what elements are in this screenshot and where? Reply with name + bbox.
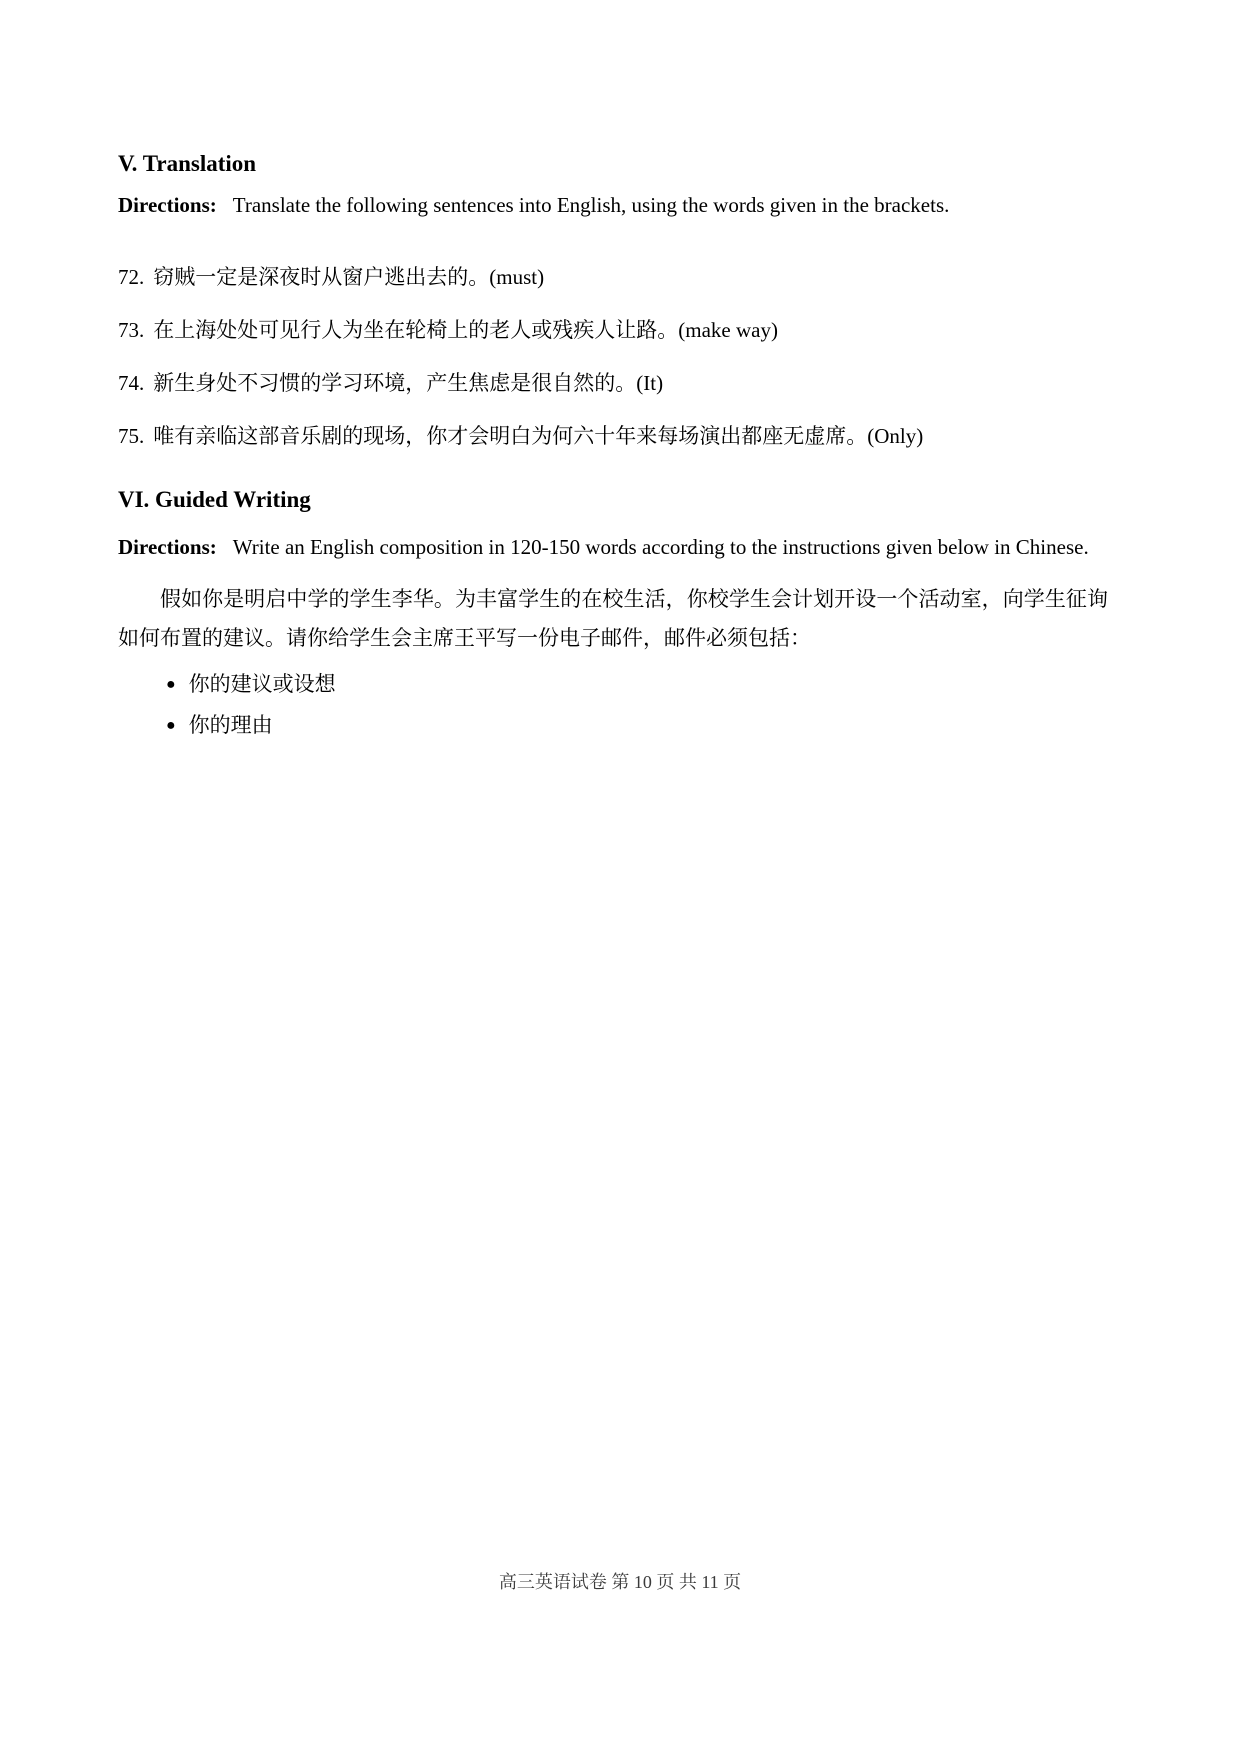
guided-writing-directions-label: Directions: [118, 528, 217, 566]
page-footer: 高三英语试卷 第 10 页 共 11 页 [0, 1570, 1240, 1594]
guided-writing-section: VI. Guided Writing Directions:Write an E… [118, 486, 1108, 746]
item-hint: (must) [489, 265, 544, 289]
translation-section-heading: V. Translation [118, 150, 1108, 178]
item-number: 73. [118, 317, 144, 343]
bullet-icon: ● [166, 706, 176, 746]
translation-item-75: 75.唯有亲临这部音乐剧的现场，你才会明白为何六十年来每场演出都座无虚席。(On… [118, 423, 1108, 449]
translation-directions-label: Directions: [118, 192, 217, 218]
guided-writing-directions-text: Write an English composition in 120-150 … [233, 535, 1089, 559]
item-number: 72. [118, 264, 144, 290]
item-text: 新生身处不习惯的学习环境，产生焦虑是很自然的。 [153, 371, 636, 395]
translation-items: 72.窃贼一定是深夜时从窗户逃出去的。(must) 73.在上海处处可见行人为坐… [118, 264, 1108, 449]
bullet-text: 你的建议或设想 [189, 672, 336, 696]
page-content: V. Translation Directions:Translate the … [118, 150, 1108, 746]
item-text: 窃贼一定是深夜时从窗户逃出去的。 [153, 265, 489, 289]
item-text: 在上海处处可见行人为坐在轮椅上的老人或残疾人让路。 [153, 318, 678, 342]
guided-writing-section-heading: VI. Guided Writing [118, 486, 1108, 514]
exam-paper-page: V. Translation Directions:Translate the … [0, 0, 1240, 1754]
item-number: 74. [118, 370, 144, 396]
translation-section: V. Translation Directions:Translate the … [118, 150, 1108, 449]
item-number: 75. [118, 423, 144, 449]
item-hint: (Only) [867, 424, 923, 448]
bullet-item: ●你的理由 [166, 705, 1108, 746]
bullet-icon: ● [166, 665, 176, 705]
writing-prompt: 假如你是明启中学的学生李华。为丰富学生的在校生活，你校学生会计划开设一个活动室，… [118, 580, 1108, 658]
footer-text: 高三英语试卷 第 10 页 共 11 页 [499, 1572, 741, 1592]
bullet-text: 你的理由 [189, 713, 273, 737]
prompt-bullet-list: ●你的建议或设想 ●你的理由 [118, 664, 1108, 746]
translation-directions-text: Translate the following sentences into E… [233, 193, 950, 217]
translation-item-74: 74.新生身处不习惯的学习环境，产生焦虑是很自然的。(It) [118, 370, 1108, 396]
item-hint: (It) [636, 371, 663, 395]
item-hint: (make way) [678, 318, 778, 342]
bullet-item: ●你的建议或设想 [166, 664, 1108, 705]
translation-directions: Directions:Translate the following sente… [118, 192, 1108, 218]
item-text: 唯有亲临这部音乐剧的现场，你才会明白为何六十年来每场演出都座无虚席。 [153, 424, 867, 448]
guided-writing-directions: Directions:Write an English composition … [118, 528, 1108, 566]
translation-item-73: 73.在上海处处可见行人为坐在轮椅上的老人或残疾人让路。(make way) [118, 317, 1108, 343]
translation-item-72: 72.窃贼一定是深夜时从窗户逃出去的。(must) [118, 264, 1108, 290]
